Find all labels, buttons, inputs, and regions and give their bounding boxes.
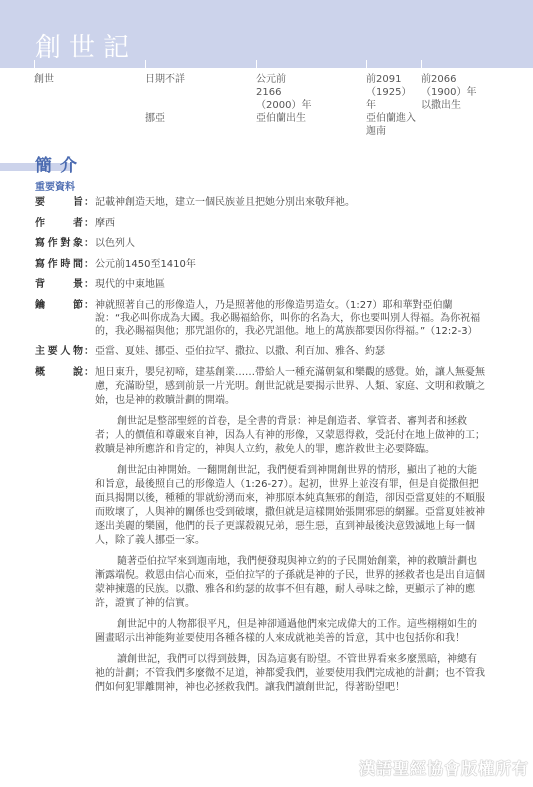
timeline-entry: 公元前 2166 （2000）年 亞伯蘭出生 bbox=[256, 73, 356, 125]
fact-value: 神就照著自己的形像造人，乃是照著他的形像造男造女。（1:27）耶和華對亞伯蘭說：… bbox=[95, 299, 485, 338]
overview-paragraph: 隨著亞伯拉罕來到迦南地，我們便發現與神立約的子民開始創業，神的救贖計劃也漸露端倪… bbox=[95, 555, 485, 611]
timeline-tick bbox=[34, 60, 35, 69]
overview-row: 概說 ： 旭日東升，嬰兒初啼，建基創業……帶給人一種充滿朝氣和樂觀的感覺。始，讓… bbox=[35, 366, 485, 702]
overview-paragraph: 讀創世記，我們可以得到鼓舞，因為這裏有盼望。不管世界看來多麼黑暗，神總有祂的計劃… bbox=[95, 653, 485, 695]
timeline-entry: 前2066 （1900）年 以撒出生 bbox=[421, 73, 491, 112]
timeline-tick bbox=[256, 60, 257, 69]
timeline-entry-top: 前2066 （1900）年 以撒出生 bbox=[421, 73, 491, 112]
timeline-tick bbox=[421, 60, 422, 69]
overview-paragraph: 創世記由神開始。一翻開創世記，我們便看到神開創世界的情形，顯出了祂的大能和旨意，… bbox=[95, 464, 485, 548]
timeline-tick bbox=[145, 60, 146, 69]
fact-row: 寫作時間 ： 公元前1450至1410年 bbox=[35, 258, 485, 271]
subsection-title: 重要資料 bbox=[35, 178, 75, 193]
timeline-entry-bottom: 亞伯蘭出生 bbox=[256, 112, 356, 125]
fact-label: 概說 bbox=[35, 366, 83, 702]
book-title: 創世記 bbox=[35, 27, 137, 64]
fact-colon: ： bbox=[83, 258, 95, 271]
fact-colon: ： bbox=[83, 366, 95, 702]
overview-body: 旭日東升，嬰兒初啼，建基創業……帶給人一種充滿朝氣和樂觀的感覺。始，讓人無憂無慮… bbox=[95, 366, 485, 702]
fact-row: 背景 ： 現代的中東地區 bbox=[35, 278, 485, 291]
timeline-entry: 創世 bbox=[34, 73, 134, 86]
fact-colon: ： bbox=[83, 299, 95, 338]
fact-value: 公元前1450至1410年 bbox=[95, 258, 485, 271]
fact-colon: ： bbox=[83, 237, 95, 250]
key-facts: 要旨 ： 記載神創造天地，建立一個民族並且把她分別出來敬拜祂。 作者 ： 摩西 … bbox=[35, 196, 485, 709]
timeline-entry-bottom: 挪亞 bbox=[145, 112, 165, 125]
fact-colon: ： bbox=[83, 345, 95, 358]
fact-label: 背景 bbox=[35, 278, 83, 291]
timeline-entry-top: 前2091 （1925）年 亞伯蘭進入 迦南 bbox=[366, 73, 421, 138]
fact-label: 寫作對象 bbox=[35, 237, 83, 250]
fact-value: 以色列人 bbox=[95, 237, 485, 250]
timeline-tick bbox=[366, 60, 367, 69]
fact-label: 鑰節 bbox=[35, 299, 83, 338]
fact-label: 主要人物 bbox=[35, 345, 83, 358]
fact-colon: ： bbox=[83, 278, 95, 291]
fact-row: 作者 ： 摩西 bbox=[35, 217, 485, 230]
timeline-entry: 前2091 （1925）年 亞伯蘭進入 迦南 bbox=[366, 73, 421, 138]
fact-row: 要旨 ： 記載神創造天地，建立一個民族並且把她分別出來敬拜祂。 bbox=[35, 196, 485, 209]
fact-label: 寫作時間 bbox=[35, 258, 83, 271]
overview-paragraph: 創世記是整部聖經的首卷，是全書的背景：神是創造者、掌管者、審判者和拯救者；人的價… bbox=[95, 415, 485, 457]
overview-paragraph: 創世記中的人物都很平凡，但是神卻通過他們來完成偉大的工作。這些栩栩如生的圖畫昭示… bbox=[95, 618, 485, 646]
header-band: 創世記 bbox=[0, 0, 533, 68]
section-title: 簡介 bbox=[35, 151, 85, 176]
fact-row: 主要人物 ： 亞當、夏娃、挪亞、亞伯拉罕、撒拉、以撒、利百加、雅各、約瑟 bbox=[35, 345, 485, 358]
fact-colon: ： bbox=[83, 217, 95, 230]
fact-value: 記載神創造天地，建立一個民族並且把她分別出來敬拜祂。 bbox=[95, 196, 485, 209]
fact-label: 要旨 bbox=[35, 196, 83, 209]
copyright-watermark: 漢語聖經協會版權所有 bbox=[359, 756, 529, 779]
fact-colon: ： bbox=[83, 196, 95, 209]
fact-row: 鑰節 ： 神就照著自己的形像造人，乃是照著他的形像造男造女。（1:27）耶和華對… bbox=[35, 299, 485, 338]
fact-value: 亞當、夏娃、挪亞、亞伯拉罕、撒拉、以撒、利百加、雅各、約瑟 bbox=[95, 345, 485, 358]
fact-value: 現代的中東地區 bbox=[95, 278, 485, 291]
timeline-entry-top: 公元前 2166 （2000）年 bbox=[256, 73, 356, 112]
fact-label: 作者 bbox=[35, 217, 83, 230]
fact-value: 摩西 bbox=[95, 217, 485, 230]
fact-row: 寫作對象 ： 以色列人 bbox=[35, 237, 485, 250]
timeline-entry-top: 日期不詳 bbox=[145, 73, 245, 86]
timeline-entry: 日期不詳 挪亞 bbox=[145, 73, 245, 133]
timeline-entry-top: 創世 bbox=[34, 73, 134, 86]
overview-paragraph: 旭日東升，嬰兒初啼，建基創業……帶給人一種充滿朝氣和樂觀的感覺。始，讓人無憂無慮… bbox=[95, 366, 485, 408]
